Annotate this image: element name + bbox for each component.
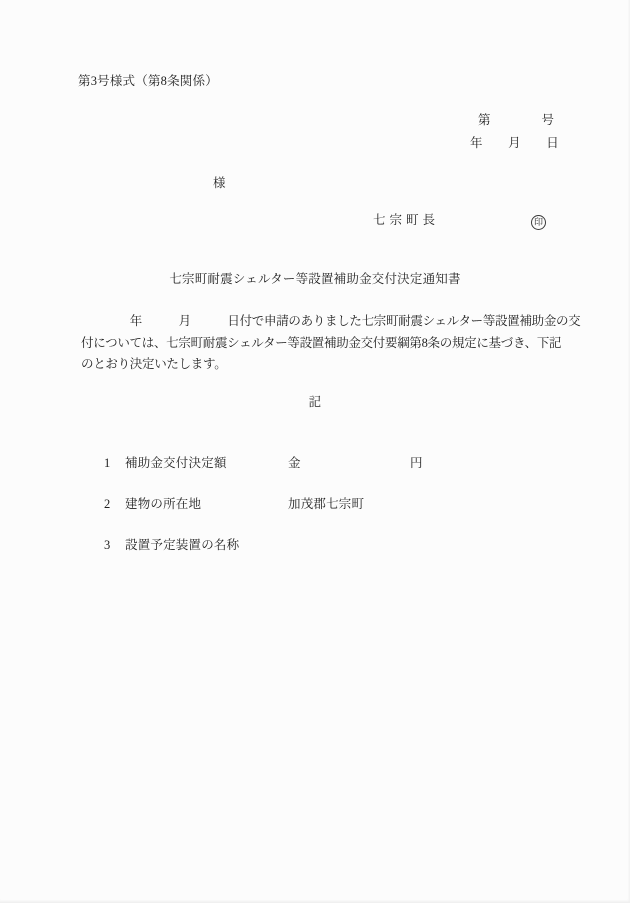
record-marker: 記 <box>0 395 630 409</box>
body-line-1: 年 月 日付で申請のありました七宗町耐震シェルター等設置補助金の交 <box>81 314 580 328</box>
item-label: 補助金交付決定額 <box>125 456 227 470</box>
seal-icon: 印 <box>531 215 546 230</box>
date-line: 年 月 日 <box>470 136 559 150</box>
item-number: 2 <box>104 497 110 511</box>
item-number: 3 <box>104 538 110 552</box>
item-label: 設置予定装置の名称 <box>125 538 239 552</box>
document-title: 七宗町耐震シェルター等設置補助金交付決定通知書 <box>0 272 630 286</box>
item-number: 1 <box>104 456 110 470</box>
addressee-honorific: 様 <box>213 176 226 190</box>
item-value-suffix: 円 <box>410 456 423 470</box>
body-line-2: 付については、七宗町耐震シェルター等設置補助金交付要綱第8条の規定に基づき、下記 <box>81 336 561 350</box>
sender-title: 七宗町長 <box>373 213 439 227</box>
item-value-prefix: 金 <box>288 456 301 470</box>
seal-character: 印 <box>534 218 543 227</box>
body-line-3: のとおり決定いたします。 <box>81 357 226 371</box>
document-number-line: 第 号 <box>478 113 554 127</box>
document-page: 第3号様式（第8条関係） 第 号 年 月 日 様 七宗町長 印 七宗町耐震シェル… <box>0 0 630 903</box>
item-label: 建物の所在地 <box>125 497 201 511</box>
form-number-label: 第3号様式（第8条関係） <box>78 74 218 88</box>
item-value: 加茂郡七宗町 <box>288 497 364 511</box>
